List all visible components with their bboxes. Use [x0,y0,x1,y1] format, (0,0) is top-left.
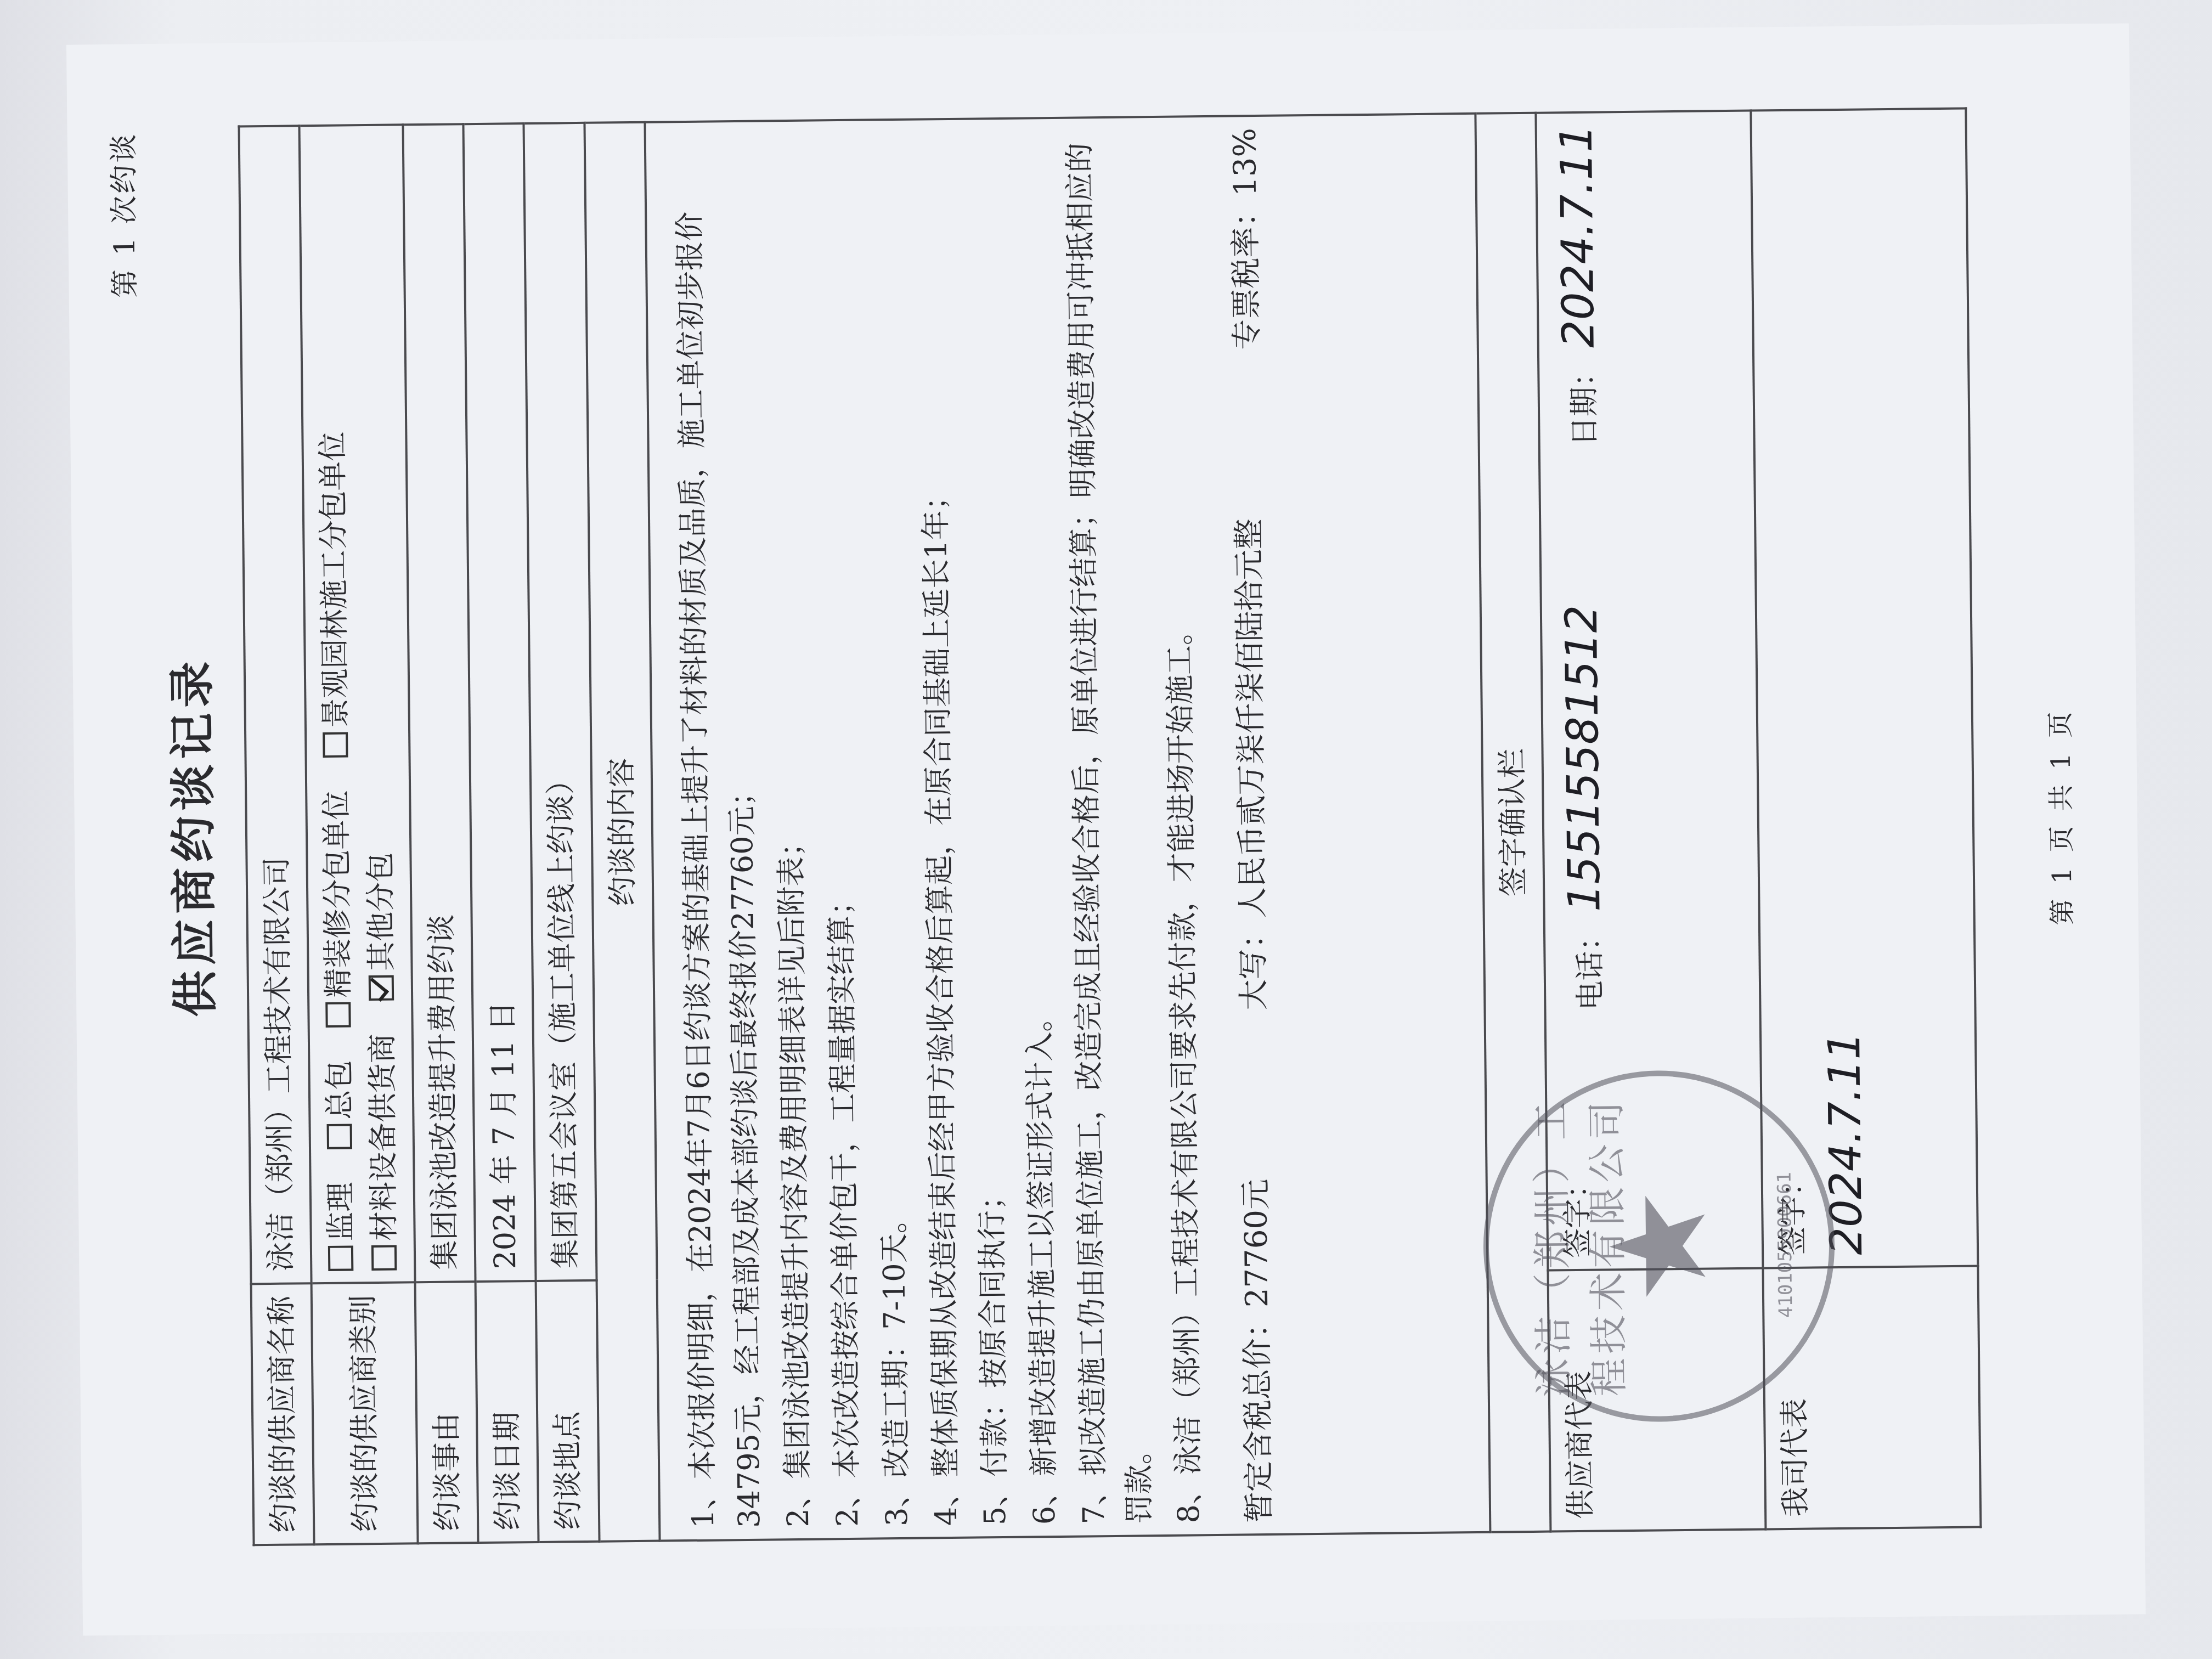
document-page: 第 1 次约谈 供应商约谈记录 约谈的供应商名称 泳洁（郑州）工程技术有限公司 … [66,23,2146,1635]
category-option: 材料设备供货商 [360,1033,406,1271]
category-label: 精装修分包单位 [319,790,356,998]
location-label: 约谈地点 [536,1280,599,1542]
total-price-value: 27760元 [1238,1179,1274,1308]
unchecked-box-icon [326,1002,351,1027]
category-option: 景观园林施工分包单位 [312,431,358,758]
seal-number: 4101055900661 [1773,1075,1798,1415]
category-option: 总包 [318,1060,362,1149]
total-price-label: 暂定含税总价： [1239,1307,1277,1523]
unchecked-box-icon [323,732,348,757]
content-item: 1、本次报价明细，在2024年7月6日约谈方案的基础上提升了材料的材质及品质，施… [666,133,772,1529]
category-label: 总包 [322,1060,357,1120]
total-uppercase-label: 大写： [1235,918,1272,1011]
supplier-date: 日期： 2024.7.11 [1545,124,1612,447]
page-footer: 第 1 页 共 1 页 [2033,106,2086,1528]
content-row: 1、本次报价明细，在2024年7月6日约谈方案的基础上提升了材料的材质及品质，施… [645,114,1491,1541]
company-seal: 泳洁（郑州）工程技术有限公司 ★ 4101055900661 [1482,1069,1837,1424]
category-option: 其他分包 [359,852,403,1001]
totals-line: 暂定含税总价：27760元 大写：人民币贰万柒仟柒佰陆拾元整 专票税率：13% [1200,127,1304,1523]
date-value: 2024 年 7 月 11 日 [464,123,536,1282]
content-body: 1、本次报价明细，在2024年7月6日约谈方案的基础上提升了材料的材质及品质，施… [645,114,1491,1541]
content-item: 7、拟改造施工仍由原单位施工，改造完成且经验收合格后，原单位进行结算；明确改造费… [1056,129,1163,1525]
total-uppercase: 大写：人民币贰万柒仟柒佰陆拾元整 [1227,518,1277,1011]
phone-value: 15515581512 [1556,605,1610,912]
total-price: 暂定含税总价：27760元 [1233,1179,1282,1523]
total-uppercase-value: 人民币贰万柒仟柒佰陆拾元整 [1231,518,1271,918]
supplier-phone: 电话： 15515581512 [1550,605,1618,1011]
supplier-category-options: 监理总包精装修分包单位景观园林施工分包单位材料设备供货商其他分包 [300,125,415,1283]
unchecked-box-icon [327,1124,352,1149]
supplier-name-value: 泳洁（郑州）工程技术有限公司 [239,126,311,1284]
supplier-category-row: 约谈的供应商类别 监理总包精装修分包单位景观园林施工分包单位材料设备供货商其他分… [300,125,418,1544]
category-label: 景观园林施工分包单位 [315,431,353,728]
tax-rate: 专票税率：13% [1222,128,1269,350]
unchecked-box-icon [328,1245,353,1271]
supplier-date-value: 2024.7.11 [1551,124,1604,348]
tax-rate-value: 13% [1227,128,1263,196]
tax-rate-label: 专票税率： [1228,196,1265,350]
supplier-category-label: 约谈的供应商类别 [312,1282,418,1544]
category-label: 监理 [323,1182,358,1242]
supplier-date-label: 日期： [1566,357,1602,447]
seal-text: 泳洁（郑州）工程技术有限公司 [1520,1076,1634,1418]
round-label: 第 1 次约谈 [100,132,143,298]
supplier-name-label: 约谈的供应商名称 [251,1283,314,1545]
unchecked-box-icon [371,1245,396,1271]
reason-value: 集团泳池改造提升费用约谈 [403,124,475,1282]
location-value: 集团第五会议室（施工单位线上约谈） [524,123,596,1281]
date-label: 约谈日期 [476,1281,539,1543]
our-sign-date: 2024.7.11 [1803,121,1878,1255]
category-label: 材料设备供货商 [364,1034,401,1242]
category-option: 精装修分包单位 [315,790,360,1028]
document-title: 供应商约谈记录 [149,126,230,1547]
reason-label: 约谈事由 [415,1282,478,1543]
phone-label: 电话： [1572,921,1608,1011]
checked-box-icon [368,975,393,1001]
category-option: 监理 [319,1182,363,1271]
category-label: 其他分包 [363,853,398,972]
